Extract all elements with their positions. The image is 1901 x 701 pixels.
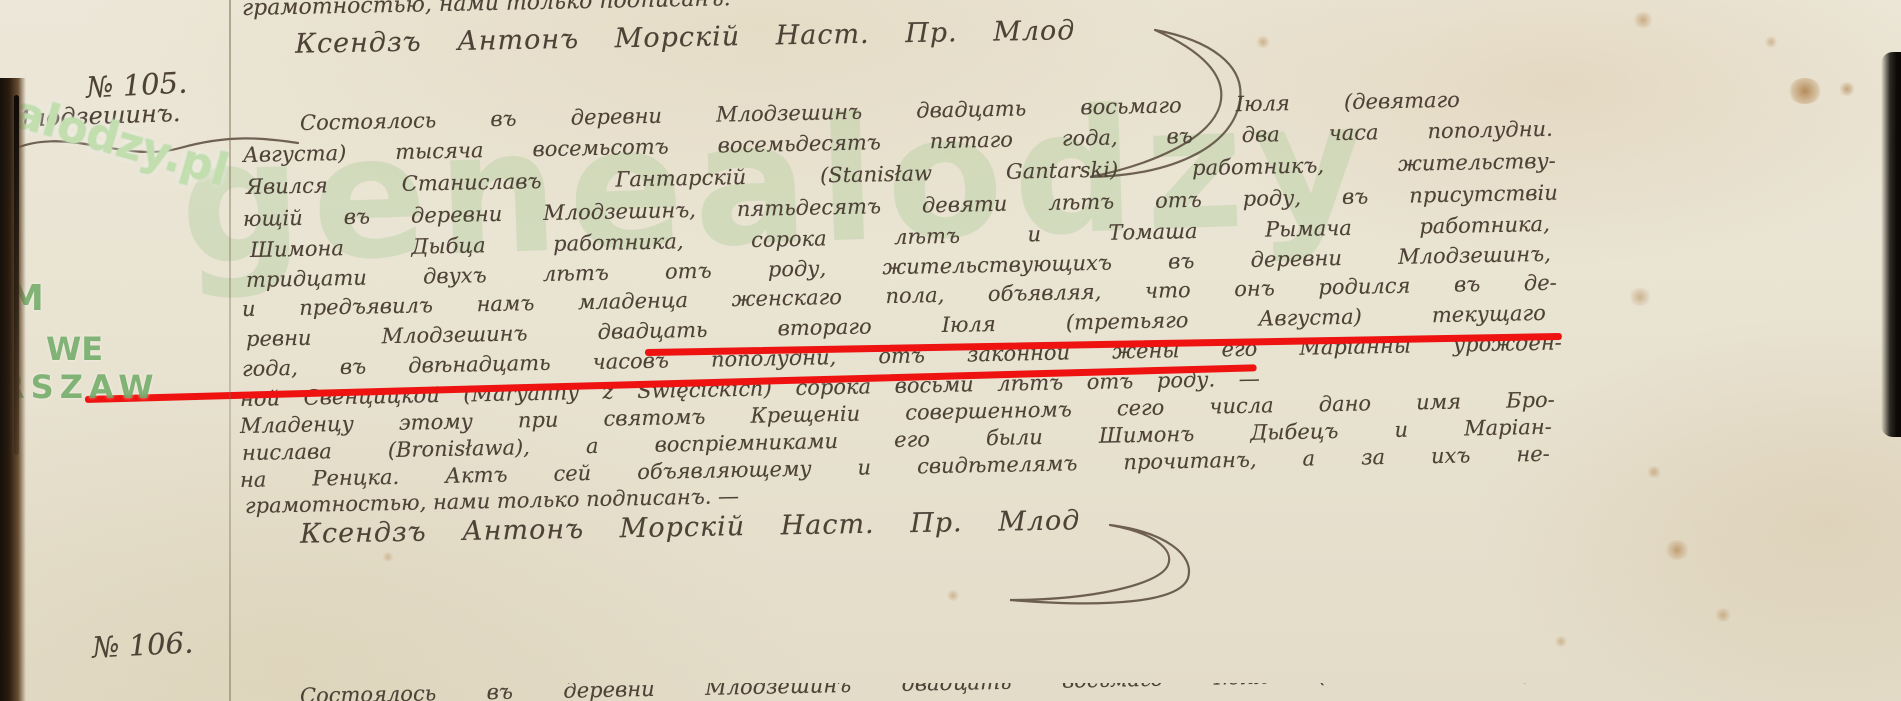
stain [1838, 82, 1856, 96]
record-106-partial-line: Состоялось въ деревни Млодзешинъ двадцат… [300, 683, 1580, 701]
record-106-number: № 106. [91, 625, 194, 664]
stain [946, 590, 960, 601]
stain [1632, 12, 1654, 28]
scanned-register-page: genealodzy грамотностью, нами только под… [0, 0, 1901, 701]
stain [1628, 288, 1652, 306]
stain [1664, 540, 1690, 560]
stain [1788, 78, 1822, 104]
book-gutter-line [14, 95, 19, 455]
page-right-edge-shadow [1881, 52, 1901, 437]
stain [382, 552, 394, 562]
book-gutter-shadow [0, 78, 26, 701]
stain [1714, 608, 1732, 622]
stain [1255, 36, 1271, 48]
stain [1554, 636, 1568, 647]
page-fold-crease [229, 0, 231, 701]
stain [1646, 466, 1662, 478]
watermark-fragment-we: WE [46, 330, 103, 368]
stain [1764, 36, 1778, 48]
record-105-margin-place: Млодзешинъ. [6, 99, 181, 133]
record-106-partial-line-clip: Состоялось въ деревни Млодзешинъ двадцат… [240, 683, 1640, 701]
priest-signature-top: Ксендзъ Антонъ Морскій Наст. Пр. Млод [295, 15, 1076, 60]
